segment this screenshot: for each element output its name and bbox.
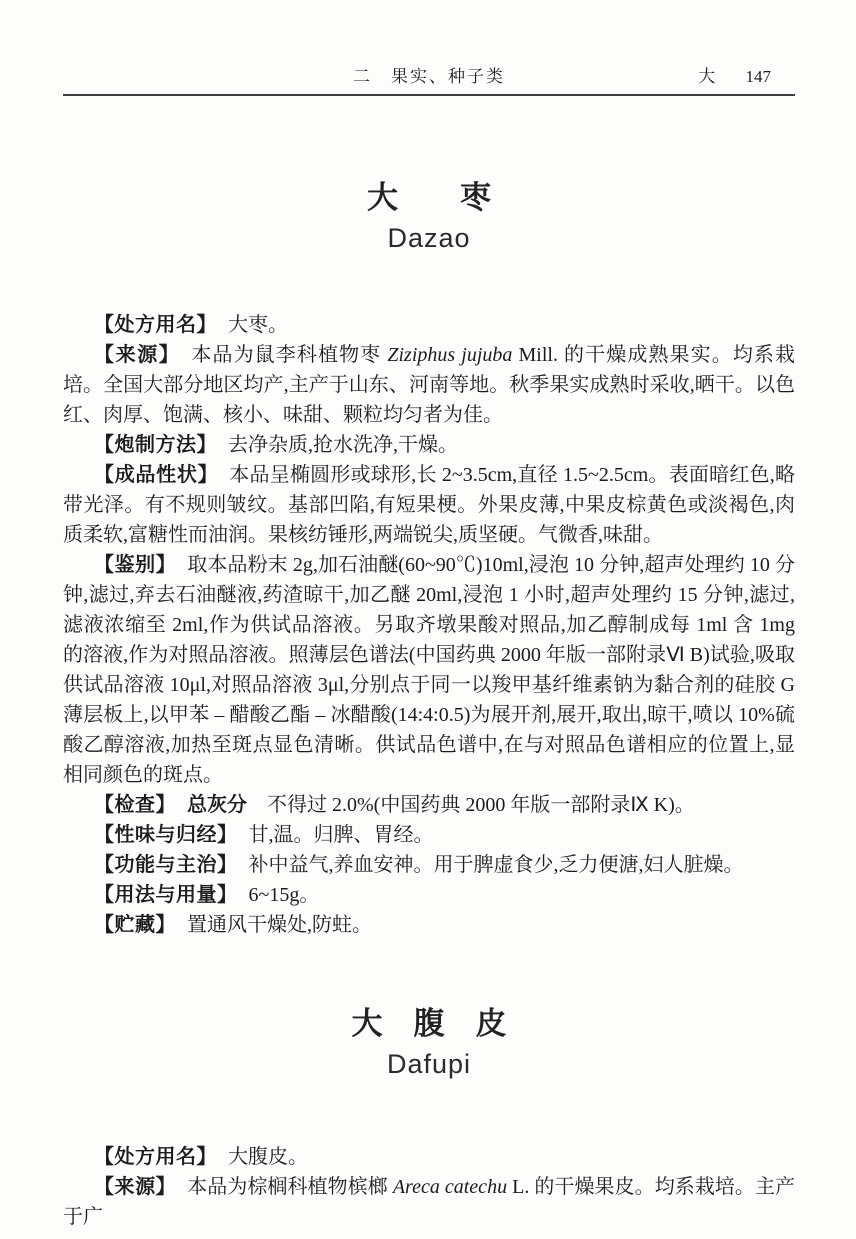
section-label: 【用法与用量】 — [94, 884, 238, 906]
monograph-paragraph: 【贮藏】置通风干燥处,防蛀。 — [63, 910, 795, 940]
text-segment: 本品为鼠李科植物枣 — [191, 344, 387, 366]
text-segment: 甘,温。归脾、胃经。 — [249, 824, 434, 846]
text-segment: 大枣。 — [228, 314, 288, 336]
section-label: 【来源】 — [94, 1176, 176, 1198]
entry-body: 【处方用名】大腹皮。【来源】本品为棕榈科植物槟榔 Areca catechu L… — [63, 1142, 795, 1232]
text-segment: 大腹皮。 — [228, 1146, 308, 1168]
monograph-paragraph: 【成品性状】本品呈椭圆形或球形,长 2~3.5cm,直径 1.5~2.5cm。表… — [63, 460, 795, 550]
monograph-entry: 大 枣Dazao【处方用名】大枣。【来源】本品为鼠李科植物枣 Ziziphus … — [63, 178, 795, 940]
monograph-paragraph: 【鉴别】取本品粉末 2g,加石油醚(60~90℃)10ml,浸泡 10 分钟,超… — [63, 550, 795, 790]
text-segment: 本品为棕榈科植物槟榔 — [187, 1176, 393, 1198]
section-label: 【贮藏】 — [94, 914, 176, 936]
header-index-letter: 大 — [698, 67, 715, 86]
entry-pinyin: Dafupi — [63, 1048, 795, 1080]
monograph-paragraph: 【来源】本品为鼠李科植物枣 Ziziphus jujuba Mill. 的干燥成… — [63, 340, 795, 430]
monograph-paragraph: 【处方用名】大枣。 — [63, 310, 795, 340]
book-page: 二 果实、种子类 大 147 大 枣Dazao【处方用名】大枣。【来源】本品为鼠… — [0, 0, 856, 1239]
header-page-ref: 大 147 — [698, 66, 771, 88]
section-label: 【炮制方法】 — [94, 434, 217, 456]
text-segment: 取本品粉末 2g,加石油醚(60~90℃)10ml,浸泡 10 分钟,超声处理约… — [63, 554, 795, 786]
monograph-paragraph: 【来源】本品为棕榈科植物槟榔 Areca catechu L. 的干燥果皮。均系… — [63, 1172, 795, 1232]
text-segment: Areca catechu — [393, 1176, 507, 1198]
monograph-paragraph: 【处方用名】大腹皮。 — [63, 1142, 795, 1172]
monograph-paragraph: 【检查】总灰分 不得过 2.0%(中国药典 2000 年版一部附录Ⅸ K)。 — [63, 790, 795, 820]
section-label: 【处方用名】 — [94, 314, 217, 336]
monograph-paragraph: 【用法与用量】6~15g。 — [63, 880, 795, 910]
text-segment: 补中益气,养血安神。用于脾虚食少,乏力便溏,妇人脏燥。 — [249, 854, 744, 876]
header-page-number: 147 — [746, 67, 772, 86]
text-segment: 不得过 2.0%(中国药典 2000 年版一部附录Ⅸ K)。 — [247, 794, 695, 816]
text-segment: Ziziphus jujuba — [387, 344, 512, 366]
entry-title: 大 腹 皮 — [63, 1004, 795, 1044]
text-segment: 6~15g。 — [249, 884, 320, 906]
running-header: 二 果实、种子类 大 147 — [63, 66, 795, 96]
section-label: 【成品性状】 — [94, 464, 218, 486]
text-segment: 去净杂质,抢水洗净,干燥。 — [228, 434, 458, 456]
monograph-paragraph: 【性味与归经】甘,温。归脾、胃经。 — [63, 820, 795, 850]
entry-pinyin: Dazao — [63, 222, 795, 254]
section-label: 【功能与主治】 — [94, 854, 238, 876]
section-label: 【来源】 — [94, 344, 180, 366]
monograph-entry: 大 腹 皮Dafupi【处方用名】大腹皮。【来源】本品为棕榈科植物槟榔 Arec… — [63, 1004, 795, 1232]
entry-body: 【处方用名】大枣。【来源】本品为鼠李科植物枣 Ziziphus jujuba M… — [63, 310, 795, 940]
monograph-paragraph: 【炮制方法】去净杂质,抢水洗净,干燥。 — [63, 430, 795, 460]
section-label: 【鉴别】 — [94, 554, 176, 576]
monograph-paragraph: 【功能与主治】补中益气,养血安神。用于脾虚食少,乏力便溏,妇人脏燥。 — [63, 850, 795, 880]
header-section-title: 二 果实、种子类 — [63, 66, 795, 88]
section-label: 【性味与归经】 — [94, 824, 238, 846]
entries: 大 枣Dazao【处方用名】大枣。【来源】本品为鼠李科植物枣 Ziziphus … — [63, 178, 795, 1232]
text-segment: 总灰分 — [187, 794, 247, 816]
entry-title: 大 枣 — [63, 178, 795, 218]
section-label: 【检查】 — [94, 794, 176, 816]
text-segment: 置通风干燥处,防蛀。 — [187, 914, 372, 936]
section-label: 【处方用名】 — [94, 1146, 217, 1168]
